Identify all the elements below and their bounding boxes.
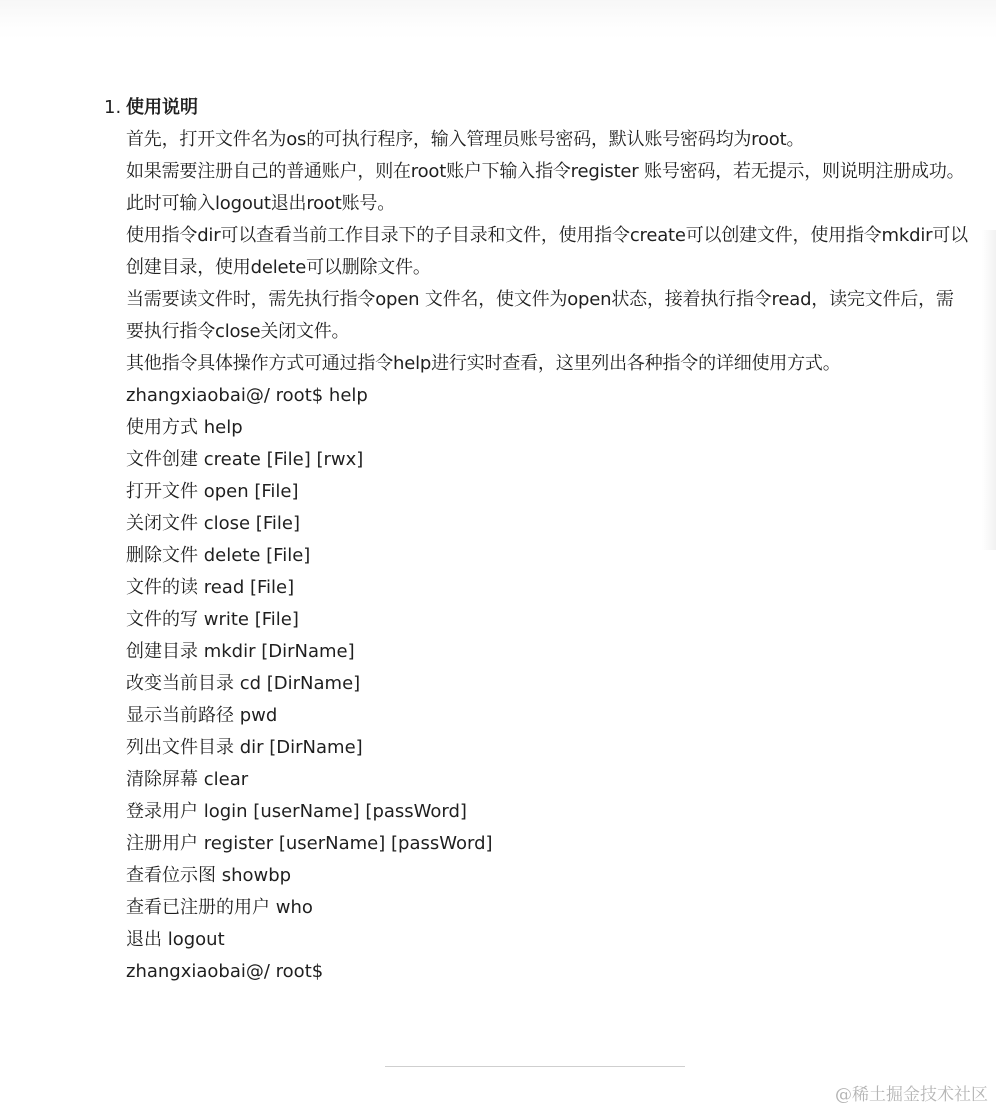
terminal-output: zhangxiaobai@/ root$ help 使用方式 help 文件创建… <box>126 380 974 988</box>
help-line-create: 文件创建 create [File] [rwx] <box>126 444 974 476</box>
help-line-close: 关闭文件 close [File] <box>126 508 974 540</box>
final-prompt-line: zhangxiaobai@/ root$ <box>126 956 974 988</box>
help-line-clear: 清除屏幕 clear <box>126 764 974 796</box>
help-line-register: 注册用户 register [userName] [passWord] <box>126 828 974 860</box>
help-line-login: 登录用户 login [userName] [passWord] <box>126 796 974 828</box>
watermark: @稀土掘金技术社区 <box>835 1080 988 1105</box>
help-line-dir: 列出文件目录 dir [DirName] <box>126 732 974 764</box>
list-item-number: 1. <box>104 92 126 124</box>
help-line-logout: 退出 logout <box>126 924 974 956</box>
help-line-showbp: 查看位示图 showbp <box>126 860 974 892</box>
help-line-who: 查看已注册的用户 who <box>126 892 974 924</box>
paragraph-register: 如果需要注册自己的普通账户，则在root账户下输入指令register 账号密码… <box>126 156 971 220</box>
ordered-list-item: 1. 使用说明 首先，打开文件名为os的可执行程序，输入管理员账号密码，默认账号… <box>104 92 974 988</box>
right-edge-shadow <box>982 230 996 550</box>
prompt-command-line: zhangxiaobai@/ root$ help <box>126 380 974 412</box>
help-line-cd: 改变当前目录 cd [DirName] <box>126 668 974 700</box>
section-heading: 使用说明 <box>126 92 974 124</box>
document-body: 1. 使用说明 首先，打开文件名为os的可执行程序，输入管理员账号密码，默认账号… <box>104 92 974 988</box>
paragraph-read-file: 当需要读文件时，需先执行指令open 文件名，使文件为open状态，接着执行指令… <box>126 284 971 348</box>
paragraph-help: 其他指令具体操作方式可通过指令help进行实时查看，这里列出各种指令的详细使用方… <box>126 348 971 380</box>
paragraph-intro: 首先，打开文件名为os的可执行程序，输入管理员账号密码，默认账号密码均为root… <box>126 124 971 156</box>
help-line-write: 文件的写 write [File] <box>126 604 974 636</box>
help-line-help: 使用方式 help <box>126 412 974 444</box>
help-line-open: 打开文件 open [File] <box>126 476 974 508</box>
paragraph-dir-create: 使用指令dir可以查看当前工作目录下的子目录和文件，使用指令create可以创建… <box>126 220 971 284</box>
list-item-content: 使用说明 首先，打开文件名为os的可执行程序，输入管理员账号密码，默认账号密码均… <box>126 92 974 988</box>
help-line-mkdir: 创建目录 mkdir [DirName] <box>126 636 974 668</box>
help-line-delete: 删除文件 delete [File] <box>126 540 974 572</box>
help-line-pwd: 显示当前路径 pwd <box>126 700 974 732</box>
horizontal-divider <box>385 1066 685 1067</box>
top-fade-band <box>0 0 996 40</box>
help-line-read: 文件的读 read [File] <box>126 572 974 604</box>
